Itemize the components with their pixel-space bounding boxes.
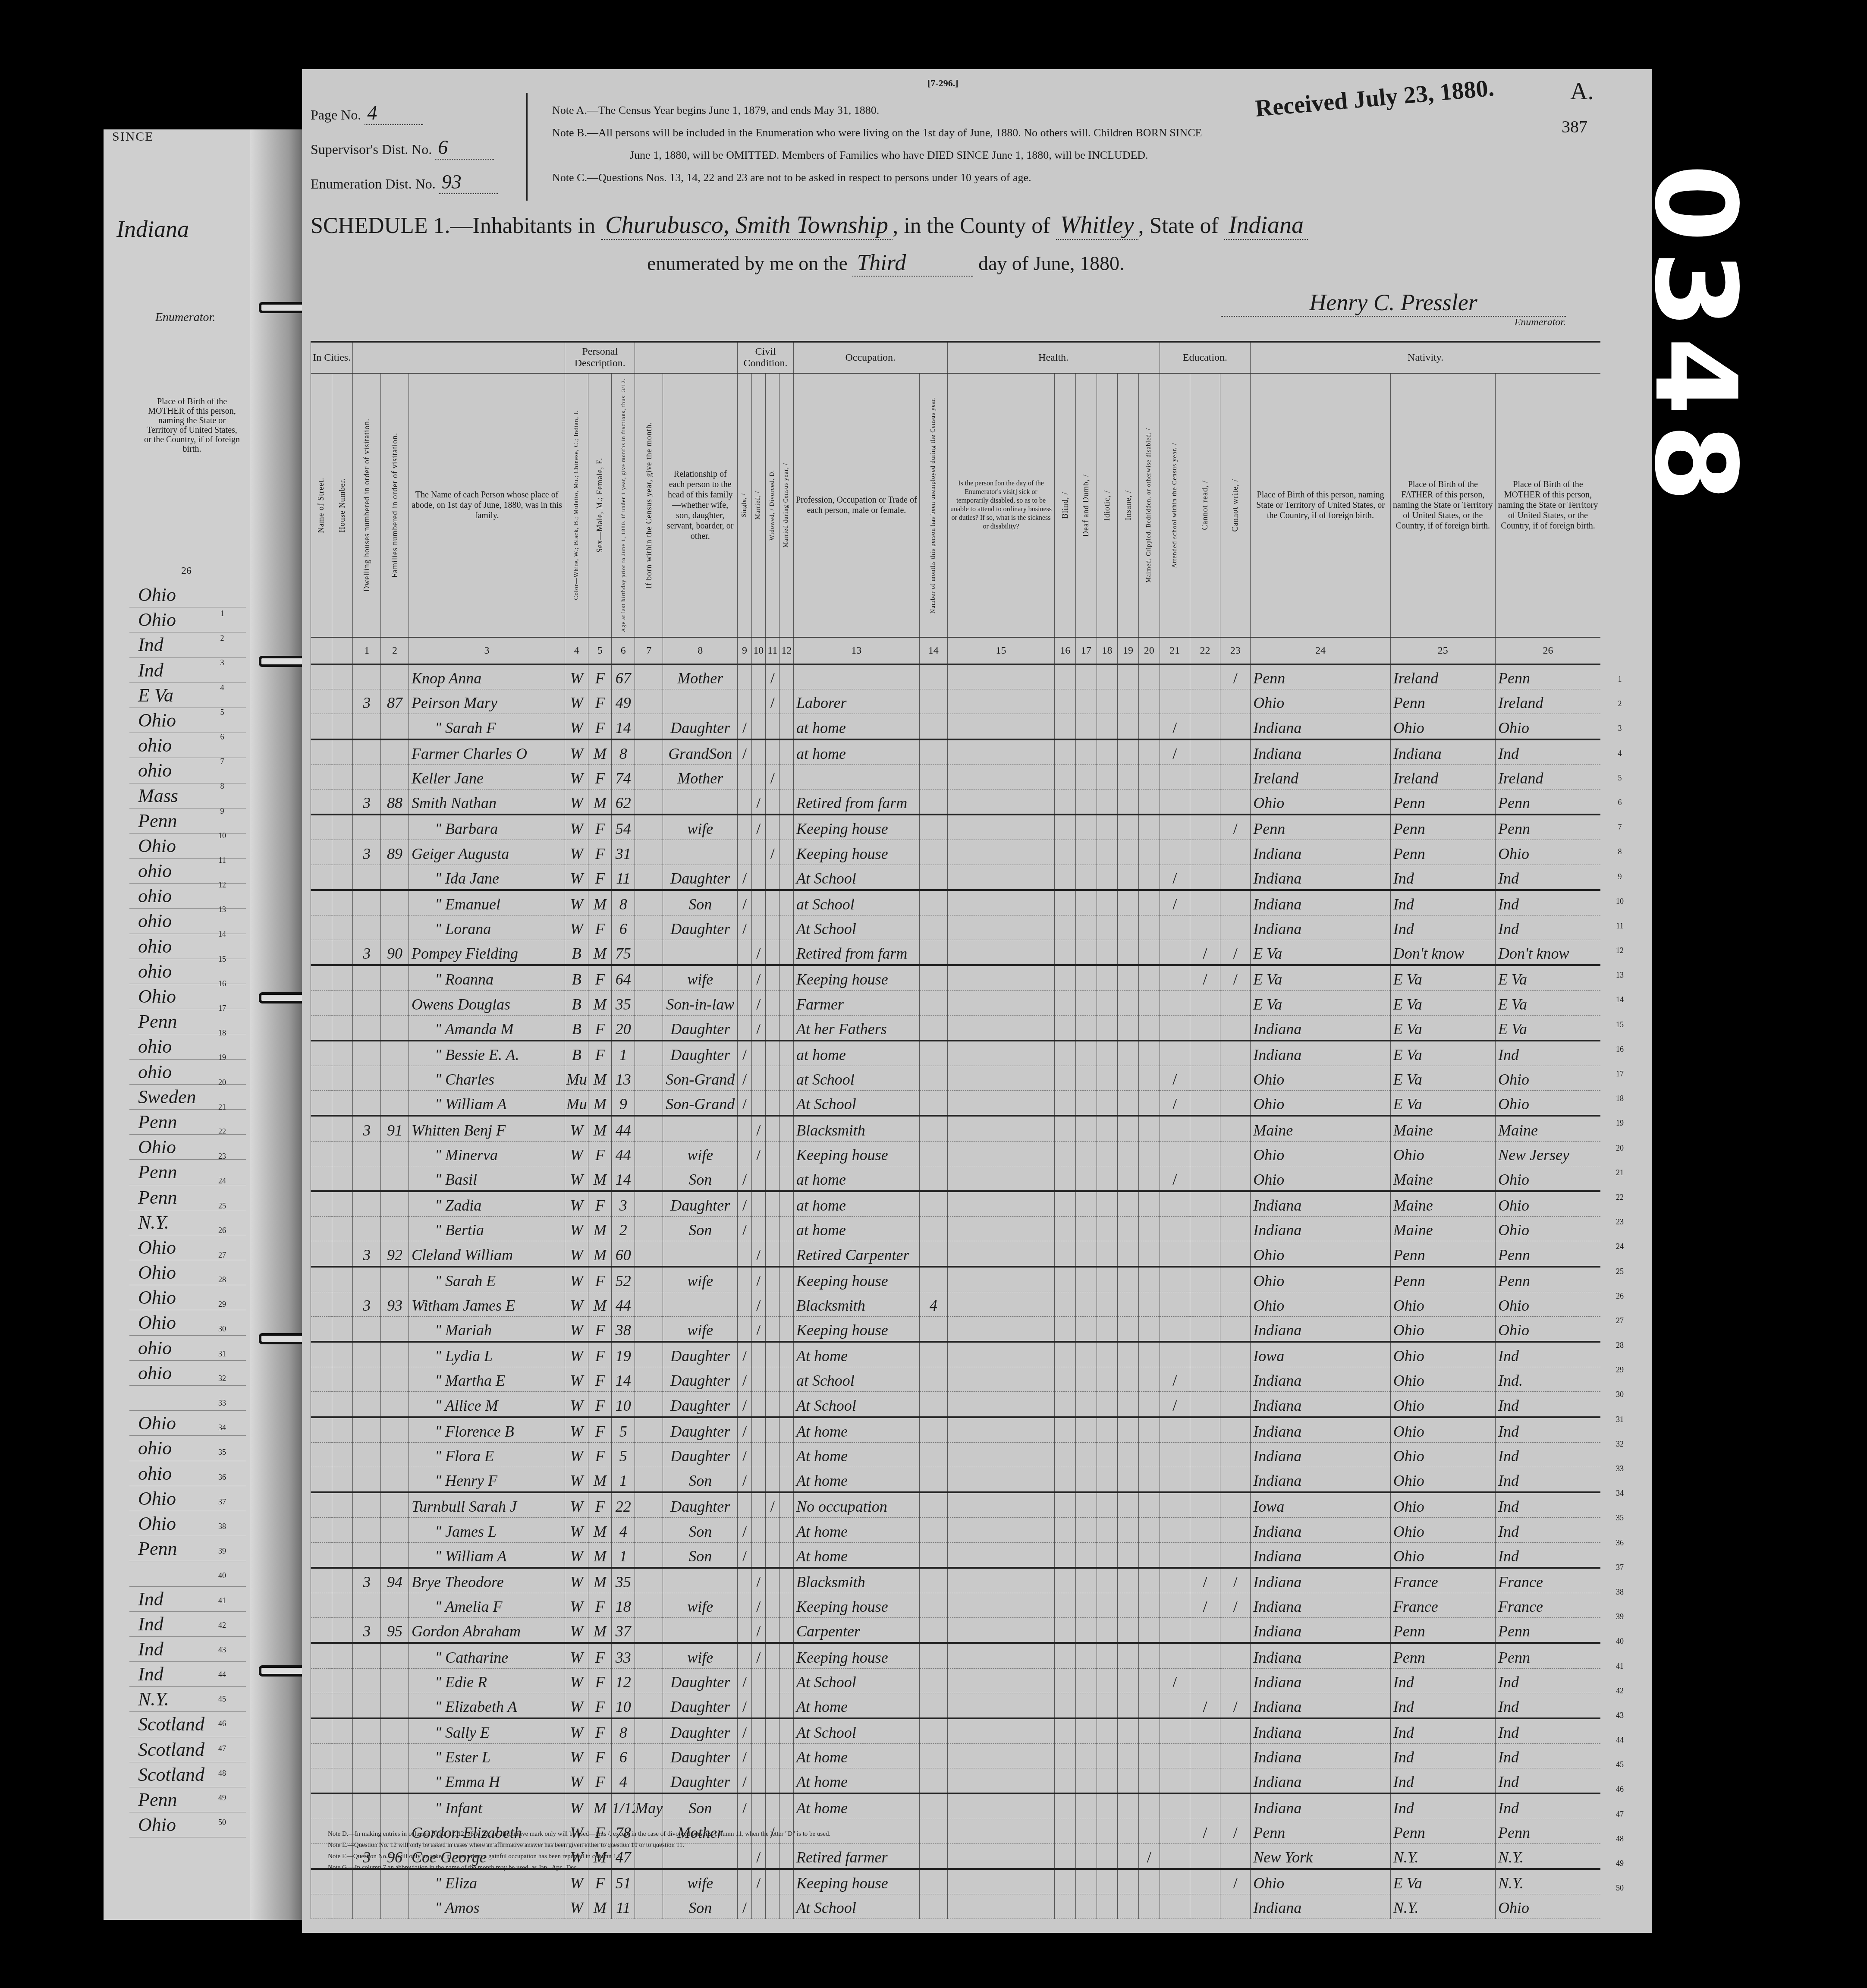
birth-month-cell xyxy=(635,1041,663,1066)
enumeration-date: enumerated by me on the Third day of Jun… xyxy=(647,250,1125,277)
person-name: " Mariah xyxy=(409,1316,565,1342)
line-number: 42 xyxy=(1611,1682,1628,1707)
prev-line-number: 15 xyxy=(214,947,231,972)
father-birthplace-cell: Ind xyxy=(1390,890,1495,915)
age-cell: 12 xyxy=(612,1668,635,1693)
deaf-mark xyxy=(1075,1618,1097,1643)
dwelling-number: 3 xyxy=(353,1618,381,1643)
birthplace-cell: Indiana xyxy=(1251,1041,1390,1066)
single-mark: / xyxy=(738,1066,751,1091)
widowed-mark xyxy=(766,1292,779,1316)
school-mark: / xyxy=(1160,865,1190,890)
cannot-read-mark xyxy=(1190,764,1220,789)
line-number: 22 xyxy=(1611,1189,1628,1213)
color-cell: W xyxy=(565,1768,588,1794)
house-cell xyxy=(332,1492,353,1518)
mother-birthplace-cell: Ireland xyxy=(1495,764,1600,789)
idiotic-mark xyxy=(1097,1141,1118,1166)
occupation-cell: At School xyxy=(793,1718,919,1744)
line-number: 23 xyxy=(1611,1213,1628,1238)
idiotic-mark xyxy=(1097,714,1118,739)
prev-line-number: 10 xyxy=(214,824,231,848)
occupation-cell: Blacksmith xyxy=(793,1568,919,1593)
house-cell xyxy=(332,689,353,714)
table-row: " Amelia FWF18wife/Keeping house//Indian… xyxy=(311,1593,1601,1617)
birth-month-cell xyxy=(635,1116,663,1141)
relationship-cell: GrandSon xyxy=(663,739,738,765)
column-number: 4 xyxy=(565,637,588,664)
birthplace-cell: Indiana xyxy=(1251,890,1390,915)
line-number: 49 xyxy=(1611,1855,1628,1879)
maimed-mark xyxy=(1138,789,1160,815)
unemployed-months xyxy=(919,1191,947,1217)
prev-line-number: 17 xyxy=(214,996,231,1021)
unemployed-months: 4 xyxy=(919,1292,947,1316)
family-number xyxy=(381,739,409,765)
table-row: " Elizabeth AWF10Daughter/At home//India… xyxy=(311,1693,1601,1718)
mother-birthplace-cell: Ind xyxy=(1495,1492,1600,1518)
unemployed-months xyxy=(919,1693,947,1718)
blind-mark xyxy=(1055,1342,1076,1367)
age-cell: 18 xyxy=(612,1593,635,1617)
color-cell: W xyxy=(565,1668,588,1693)
father-birthplace-cell: E Va xyxy=(1390,965,1495,991)
cannot-read-mark xyxy=(1190,714,1220,739)
relationship-cell: Daughter xyxy=(663,1191,738,1217)
idiotic-mark xyxy=(1097,1593,1118,1617)
idiotic-mark xyxy=(1097,1442,1118,1467)
father-birthplace-cell: Ohio xyxy=(1390,1492,1495,1518)
blind-mark xyxy=(1055,1568,1076,1593)
cannot-read-mark xyxy=(1190,1894,1220,1919)
person-name: " James L xyxy=(409,1518,565,1542)
prev-line-number: 2 xyxy=(214,626,231,651)
table-row: " EmanuelWM8Son/at School/IndianaIndInd xyxy=(311,890,1601,915)
insane-mark xyxy=(1118,1568,1139,1593)
occupation-cell: At home xyxy=(793,1417,919,1443)
widowed-mark xyxy=(766,940,779,966)
street-cell xyxy=(311,1793,332,1819)
col-20: Maimed, Crippled, Bedridden, or otherwis… xyxy=(1138,373,1160,637)
married-year-mark xyxy=(779,764,793,789)
idiotic-mark xyxy=(1097,789,1118,815)
col-14: Number of months this person has been un… xyxy=(919,373,947,637)
sex-cell: M xyxy=(588,1894,612,1919)
deaf-mark xyxy=(1075,1417,1097,1443)
birth-month-cell xyxy=(635,1442,663,1467)
street-cell xyxy=(311,1894,332,1919)
cannot-write-mark xyxy=(1220,1618,1251,1643)
sex-cell: M xyxy=(588,1241,612,1267)
mother-birthplace-cell: Ohio xyxy=(1495,714,1600,739)
widowed-mark xyxy=(766,1367,779,1392)
occupation-cell: At home xyxy=(793,1342,919,1367)
school-mark xyxy=(1160,840,1190,865)
widowed-mark xyxy=(766,1793,779,1819)
line-number: 46 xyxy=(1611,1780,1628,1805)
school-mark xyxy=(1160,1442,1190,1467)
married-year-mark xyxy=(779,1417,793,1443)
widowed-mark: / xyxy=(766,764,779,789)
table-row: " James LWM4Son/At homeIndianaOhioInd xyxy=(311,1518,1601,1542)
age-cell: 35 xyxy=(612,1568,635,1593)
relationship-cell: Daughter xyxy=(663,1718,738,1744)
family-number xyxy=(381,1894,409,1919)
married-year-mark xyxy=(779,1442,793,1467)
age-cell: 14 xyxy=(612,1166,635,1191)
dwelling-number xyxy=(353,1768,381,1794)
sex-cell: F xyxy=(588,815,612,840)
deaf-mark xyxy=(1075,1241,1097,1267)
table-row: " Sarah FWF14Daughter/at home/IndianaOhi… xyxy=(311,714,1601,739)
color-cell: W xyxy=(565,1618,588,1643)
idiotic-mark xyxy=(1097,865,1118,890)
unemployed-months xyxy=(919,815,947,840)
line-number: 24 xyxy=(1611,1238,1628,1262)
dwelling-number xyxy=(353,815,381,840)
birthplace-cell: Indiana xyxy=(1251,1618,1390,1643)
sickness-cell xyxy=(947,714,1055,739)
sex-cell: M xyxy=(588,1467,612,1493)
single-mark xyxy=(738,764,751,789)
sex-cell: F xyxy=(588,1392,612,1417)
occupation-cell: at School xyxy=(793,890,919,915)
unemployed-months xyxy=(919,764,947,789)
maimed-mark xyxy=(1138,840,1160,865)
sickness-cell xyxy=(947,1367,1055,1392)
person-name: " Amelia F xyxy=(409,1593,565,1617)
birthplace-cell: Indiana xyxy=(1251,1593,1390,1617)
mother-birthplace-cell: Ind xyxy=(1495,1542,1600,1568)
dwelling-number xyxy=(353,739,381,765)
sickness-cell xyxy=(947,890,1055,915)
maimed-mark xyxy=(1138,940,1160,966)
color-cell: W xyxy=(565,840,588,865)
cannot-read-mark xyxy=(1190,840,1220,865)
sex-cell: M xyxy=(588,1292,612,1316)
street-cell xyxy=(311,965,332,991)
line-number: 17 xyxy=(1611,1065,1628,1090)
deaf-mark xyxy=(1075,714,1097,739)
married-mark: / xyxy=(751,940,765,966)
school-mark xyxy=(1160,1568,1190,1593)
column-number: 19 xyxy=(1118,637,1139,664)
married-year-mark xyxy=(779,1116,793,1141)
prev-state-fragment: Indiana xyxy=(116,216,189,242)
married-mark xyxy=(751,1367,765,1392)
single-mark xyxy=(738,789,751,815)
dwelling-number xyxy=(353,1191,381,1217)
idiotic-mark xyxy=(1097,1066,1118,1091)
birth-month-cell xyxy=(635,1191,663,1217)
color-cell: Mu xyxy=(565,1066,588,1091)
table-row: " CharlesMuM13Son-Grand/at School/OhioE … xyxy=(311,1066,1601,1091)
cannot-read-mark xyxy=(1190,739,1220,765)
house-cell xyxy=(332,840,353,865)
insane-mark xyxy=(1118,1041,1139,1066)
blind-mark xyxy=(1055,1066,1076,1091)
schedule-title: SCHEDULE 1.—Inhabitants in Churubusco, S… xyxy=(311,211,1626,240)
age-cell: 74 xyxy=(612,764,635,789)
blind-mark xyxy=(1055,1091,1076,1116)
widowed-mark xyxy=(766,1593,779,1617)
color-cell: W xyxy=(565,915,588,940)
married-mark xyxy=(751,1744,765,1768)
prev-line-number: 37 xyxy=(214,1490,231,1514)
mother-birthplace-cell: Penn xyxy=(1495,1267,1600,1292)
father-birthplace-cell: E Va xyxy=(1390,991,1495,1015)
married-year-mark xyxy=(779,815,793,840)
note-g: Note G.—In column 7 an abbreviation in t… xyxy=(328,1862,1449,1873)
unemployed-months xyxy=(919,1643,947,1668)
sickness-cell xyxy=(947,1744,1055,1768)
sickness-cell xyxy=(947,1643,1055,1668)
insane-mark xyxy=(1118,764,1139,789)
prev-line-number: 3 xyxy=(214,651,231,675)
line-number: 7 xyxy=(1611,818,1628,843)
color-cell: W xyxy=(565,1492,588,1518)
deaf-mark xyxy=(1075,1392,1097,1417)
married-mark: / xyxy=(751,1568,765,1593)
street-cell xyxy=(311,789,332,815)
birthplace-cell: Iowa xyxy=(1251,1492,1390,1518)
house-cell xyxy=(332,1241,353,1267)
sex-cell: F xyxy=(588,1015,612,1041)
blind-mark xyxy=(1055,789,1076,815)
person-name: " Emanuel xyxy=(409,890,565,915)
sex-cell: F xyxy=(588,1267,612,1292)
sex-cell: F xyxy=(588,1593,612,1617)
house-cell xyxy=(332,1041,353,1066)
idiotic-mark xyxy=(1097,1768,1118,1794)
cannot-write-mark xyxy=(1220,1793,1251,1819)
sickness-cell xyxy=(947,865,1055,890)
occupation-cell: Farmer xyxy=(793,991,919,1015)
sickness-cell xyxy=(947,1894,1055,1919)
idiotic-mark xyxy=(1097,1894,1118,1919)
cannot-write-mark xyxy=(1220,764,1251,789)
single-mark: / xyxy=(738,1542,751,1568)
age-cell: 11 xyxy=(612,865,635,890)
insane-mark xyxy=(1118,1367,1139,1392)
cannot-write-mark xyxy=(1220,840,1251,865)
relationship-cell: Son xyxy=(663,890,738,915)
unemployed-months xyxy=(919,1467,947,1493)
maimed-mark xyxy=(1138,1568,1160,1593)
idiotic-mark xyxy=(1097,764,1118,789)
color-cell: W xyxy=(565,714,588,739)
cannot-write-mark xyxy=(1220,1392,1251,1417)
deaf-mark xyxy=(1075,1292,1097,1316)
column-number: 12 xyxy=(779,637,793,664)
married-year-mark xyxy=(779,1217,793,1241)
cannot-write-mark xyxy=(1220,1015,1251,1041)
father-birthplace-cell: Penn xyxy=(1390,1643,1495,1668)
age-cell: 5 xyxy=(612,1417,635,1443)
deaf-mark xyxy=(1075,1643,1097,1668)
house-cell xyxy=(332,1643,353,1668)
birthplace-cell: Indiana xyxy=(1251,1693,1390,1718)
maimed-mark xyxy=(1138,1518,1160,1542)
person-name: Peirson Mary xyxy=(409,689,565,714)
single-mark: / xyxy=(738,1392,751,1417)
mother-birthplace-cell: Penn xyxy=(1495,664,1600,689)
deaf-mark xyxy=(1075,1015,1097,1041)
line-number: 38 xyxy=(1611,1583,1628,1608)
mother-birthplace-cell: Ohio xyxy=(1495,1292,1600,1316)
maimed-mark xyxy=(1138,865,1160,890)
sickness-cell xyxy=(947,789,1055,815)
father-birthplace-cell: Penn xyxy=(1390,789,1495,815)
cannot-write-mark xyxy=(1220,915,1251,940)
dwelling-number xyxy=(353,1442,381,1467)
house-cell xyxy=(332,1267,353,1292)
dwelling-number xyxy=(353,1015,381,1041)
prev-line-number: 14 xyxy=(214,922,231,947)
maimed-mark xyxy=(1138,1392,1160,1417)
cannot-write-mark: / xyxy=(1220,1693,1251,1718)
line-number: 25 xyxy=(1611,1263,1628,1287)
prev-line-number: 30 xyxy=(214,1317,231,1341)
blind-mark xyxy=(1055,1191,1076,1217)
color-cell: W xyxy=(565,1744,588,1768)
mother-birthplace-cell: Ind xyxy=(1495,1392,1600,1417)
father-birthplace-cell: Ohio xyxy=(1390,1141,1495,1166)
color-cell: W xyxy=(565,1467,588,1493)
person-name: Owens Douglas xyxy=(409,991,565,1015)
sickness-cell xyxy=(947,1467,1055,1493)
group-nativity: Nativity. xyxy=(1251,343,1600,373)
birth-month-cell xyxy=(635,1894,663,1919)
insane-mark xyxy=(1118,1518,1139,1542)
line-number: 41 xyxy=(1611,1658,1628,1682)
street-cell xyxy=(311,1116,332,1141)
school-mark xyxy=(1160,1768,1190,1794)
sickness-cell xyxy=(947,991,1055,1015)
table-row: " Ester LWF6Daughter/At homeIndianaIndIn… xyxy=(311,1744,1601,1768)
father-birthplace-cell: Ohio xyxy=(1390,1342,1495,1367)
table-row: " Sally EWF8Daughter/At SchoolIndianaInd… xyxy=(311,1718,1601,1744)
color-cell: W xyxy=(565,1518,588,1542)
blind-mark xyxy=(1055,1668,1076,1693)
occupation-cell: at School xyxy=(793,1066,919,1091)
birth-month-cell xyxy=(635,890,663,915)
group-health: Health. xyxy=(947,343,1160,373)
birthplace-cell: Ohio xyxy=(1251,1141,1390,1166)
insane-mark xyxy=(1118,1392,1139,1417)
married-mark xyxy=(751,915,765,940)
table-row: " InfantWM1/12MaySon/At homeIndianaIndIn… xyxy=(311,1793,1601,1819)
insane-mark xyxy=(1118,1116,1139,1141)
dwelling-number xyxy=(353,865,381,890)
maimed-mark xyxy=(1138,1141,1160,1166)
sickness-cell xyxy=(947,1618,1055,1643)
single-mark: / xyxy=(738,1191,751,1217)
blind-mark xyxy=(1055,815,1076,840)
dwelling-number xyxy=(353,1718,381,1744)
family-number xyxy=(381,890,409,915)
color-cell: W xyxy=(565,689,588,714)
sex-cell: F xyxy=(588,1768,612,1794)
blind-mark xyxy=(1055,1041,1076,1066)
idiotic-mark xyxy=(1097,664,1118,689)
color-cell: W xyxy=(565,1542,588,1568)
table-row: " Martha EWF14Daughter/at School/Indiana… xyxy=(311,1367,1601,1392)
father-birthplace-cell: Maine xyxy=(1390,1217,1495,1241)
insane-mark xyxy=(1118,1768,1139,1794)
birth-month-cell xyxy=(635,1643,663,1668)
idiotic-mark xyxy=(1097,1417,1118,1443)
married-mark xyxy=(751,1718,765,1744)
insane-mark xyxy=(1118,1292,1139,1316)
married-year-mark xyxy=(779,1793,793,1819)
age-cell: 6 xyxy=(612,915,635,940)
mother-birthplace-cell: Ohio xyxy=(1495,1894,1600,1919)
widowed-mark xyxy=(766,1618,779,1643)
maimed-mark xyxy=(1138,689,1160,714)
occupation-cell: At home xyxy=(793,1793,919,1819)
person-name: " Bessie E. A. xyxy=(409,1041,565,1066)
mother-birthplace-cell: Ind xyxy=(1495,1342,1600,1367)
birthplace-cell: Indiana xyxy=(1251,1768,1390,1794)
sex-cell: M xyxy=(588,1542,612,1568)
occupation-cell xyxy=(793,764,919,789)
family-number: 87 xyxy=(381,689,409,714)
married-mark xyxy=(751,890,765,915)
sex-cell: M xyxy=(588,1066,612,1091)
column-number: 21 xyxy=(1160,637,1190,664)
single-mark: / xyxy=(738,1342,751,1367)
microfilm-frame-number: 0348 xyxy=(1708,164,1760,511)
age-cell: 54 xyxy=(612,815,635,840)
unemployed-months xyxy=(919,739,947,765)
color-cell: W xyxy=(565,1417,588,1443)
sex-cell: M xyxy=(588,1091,612,1116)
occupation-cell: at home xyxy=(793,1041,919,1066)
relationship-cell: Daughter xyxy=(663,1744,738,1768)
census-table: In Cities. Personal Description. Civil C… xyxy=(311,341,1600,1919)
birthplace-cell: Indiana xyxy=(1251,1191,1390,1217)
widowed-mark xyxy=(766,1141,779,1166)
relationship-cell: Son xyxy=(663,1166,738,1191)
single-mark xyxy=(738,1568,751,1593)
sickness-cell xyxy=(947,1066,1055,1091)
single-mark xyxy=(738,1267,751,1292)
person-name: " Infant xyxy=(409,1793,565,1819)
cannot-write-mark xyxy=(1220,1041,1251,1066)
occupation-cell: At home xyxy=(793,1693,919,1718)
note-a: Note A.—The Census Year begins June 1, 1… xyxy=(552,99,1544,122)
family-number xyxy=(381,1718,409,1744)
school-mark xyxy=(1160,1518,1190,1542)
deaf-mark xyxy=(1075,1718,1097,1744)
prev-line-number: 43 xyxy=(214,1638,231,1662)
birth-month-cell: May xyxy=(635,1793,663,1819)
dwelling-number xyxy=(353,1894,381,1919)
unemployed-months xyxy=(919,1618,947,1643)
line-number: 8 xyxy=(1611,843,1628,868)
father-birthplace-cell: Ind xyxy=(1390,1793,1495,1819)
line-number: 31 xyxy=(1611,1411,1628,1435)
house-cell xyxy=(332,1015,353,1041)
family-number xyxy=(381,1342,409,1367)
unemployed-months xyxy=(919,940,947,966)
married-mark: / xyxy=(751,1593,765,1617)
insane-mark xyxy=(1118,840,1139,865)
mother-birthplace-cell: Ind xyxy=(1495,1417,1600,1443)
line-number: 50 xyxy=(1611,1879,1628,1904)
idiotic-mark xyxy=(1097,991,1118,1015)
